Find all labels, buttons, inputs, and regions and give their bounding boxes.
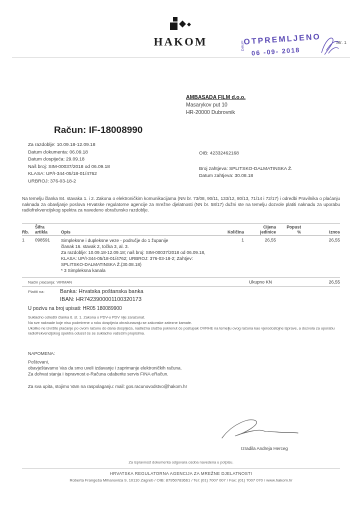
- line-items-table: Rb. Šifra artikla Opis Količina Cijena j…: [22, 223, 340, 287]
- brand-name: HAKOM: [148, 36, 213, 49]
- header-amount: Iznos: [301, 230, 340, 235]
- total-value: 26,55: [301, 280, 340, 285]
- meta-period: Za razdoblje: 10.09.18-12.09.18: [28, 142, 110, 149]
- recipient-name: AMBASADA FILM d.o.o.: [186, 94, 246, 102]
- stamp-date-label: Datum:: [241, 40, 245, 51]
- legal-note-enforcement: Ukoliko ne izvršite plaćanje po ovom rač…: [28, 326, 336, 336]
- invoice-meta-right: OIB: 42332462168 Broj zahtjeva: SPLITSKO…: [199, 150, 292, 180]
- row-description: Simpleksne i dupleksne veze - područje d…: [61, 238, 214, 274]
- meta-our-number: Naš broj: SIM-00037/2018 od 06.09.18: [28, 163, 110, 170]
- row-amount: 26,55: [301, 238, 340, 274]
- table-header: Rb. Šifra artikla Opis Količina Cijena j…: [22, 223, 340, 236]
- invoice-title: Račun: IF-18008990: [54, 125, 143, 136]
- header-description: Opis: [61, 230, 214, 235]
- table-row: 1 098591 Simpleksne i dupleksne veze - p…: [22, 236, 340, 274]
- meta-oib: OIB: 42332462168: [199, 150, 292, 157]
- payment-block: Način plaćanja: VIRMAN Platiti na: Banka…: [28, 280, 143, 304]
- row-unit-price: 26,55: [244, 238, 276, 274]
- header-discount: Popust %: [276, 225, 301, 235]
- handwritten-signature-icon: [218, 416, 303, 446]
- bank-name: Banka: Hrvatska poštanska banka: [60, 288, 143, 296]
- recipient-address-block: AMBASADA FILM d.o.o. Masarykov put 10 HR…: [186, 94, 246, 117]
- meta-document-date: Datum dokumenta: 06.09.18: [28, 149, 110, 156]
- meta-due-date: Datum dospijeća: 29.09.18: [28, 156, 110, 163]
- payment-reference: U pozivu na broj upisati: HR05 180089900: [28, 306, 122, 312]
- note-title: NAPOMENA:: [28, 351, 55, 356]
- invoice-document: HAKOM Str. 1 OTPREMLJENO Datum: 06 -09- …: [0, 0, 362, 512]
- meta-urbroj: URBROJ: 376-03-18-2: [28, 178, 110, 185]
- footer-organization: HRVATSKA REGULATORNA AGENCIJA ZA MREŽNE …: [0, 471, 362, 476]
- recipient-street: Masarykov put 10: [186, 102, 246, 110]
- note-contact: Za sva upita, stojimo Vam na raspolaganj…: [28, 384, 187, 389]
- header-quantity: Količina: [214, 230, 244, 235]
- footer-address: Roberta Frangeša Mihanovića 9, 10110 Zag…: [0, 478, 362, 483]
- row-rb: 1: [22, 238, 35, 274]
- hakom-logo-icon: [169, 26, 192, 35]
- recipient-city: HR-20000 Dubrovnik: [186, 109, 246, 117]
- header-unit-price: Cijena jedinice: [244, 225, 276, 235]
- pay-to-label: Platiti na:: [28, 288, 60, 304]
- note-body: Poštovani, obavještavamo Vas da smo uvel…: [28, 359, 182, 377]
- row-quantity: 1: [214, 238, 244, 274]
- legal-note-vat: Sukladno odredbi članka 6. st. 1. Zakona…: [28, 315, 336, 320]
- prepared-by: Izradila Andreja Herceg: [212, 446, 317, 451]
- iban: IBAN: HR7423900001100320173: [60, 296, 143, 304]
- intro-paragraph: Na temelju članka 84. stavaka 1. i 2. Za…: [22, 196, 340, 213]
- header-rb: Rb.: [22, 230, 35, 235]
- footer-divider: [22, 469, 340, 470]
- meta-request-date: Datum zahtjeva: 30.08.18: [199, 173, 292, 180]
- header-code: Šifra artikla: [35, 225, 61, 235]
- row-desc-line: KLASA: UP/I-344-05/18-01/4762; URBROJ: 3…: [61, 256, 211, 268]
- meta-request-number: Broj zahtjeva: SPLITSKO-DALMATINSKA Ž.: [199, 165, 292, 172]
- invoice-meta-left: Za razdoblje: 10.09.18-12.09.18 Datum do…: [28, 142, 110, 186]
- row-discount: [276, 238, 301, 274]
- header-logo-block: HAKOM: [148, 17, 213, 49]
- note-line: Za dohvat stanja i ispravnost e-Računa o…: [28, 371, 182, 377]
- header-divider: [12, 57, 350, 58]
- dispatch-stamp: OTPREMLJENO Datum: 06 -09- 2018: [243, 32, 329, 57]
- integrity-note: Za ispravnost dokumenta odgovara osoba n…: [0, 460, 362, 465]
- row-code: 098591: [35, 238, 61, 274]
- meta-klasa: KLASA: UP/I-344-05/18-01/4762: [28, 171, 110, 178]
- legal-note-interest: Na sve naknade koje nisu podmirene u rok…: [28, 321, 336, 326]
- legal-notes: Sukladno odredbi članka 6. st. 1. Zakona…: [28, 315, 336, 337]
- total-label: Ukupno KN: [249, 280, 301, 285]
- payment-method: Način plaćanja: VIRMAN: [28, 280, 143, 285]
- row-desc-line: * 3 Simpleksna kanala: [61, 268, 211, 274]
